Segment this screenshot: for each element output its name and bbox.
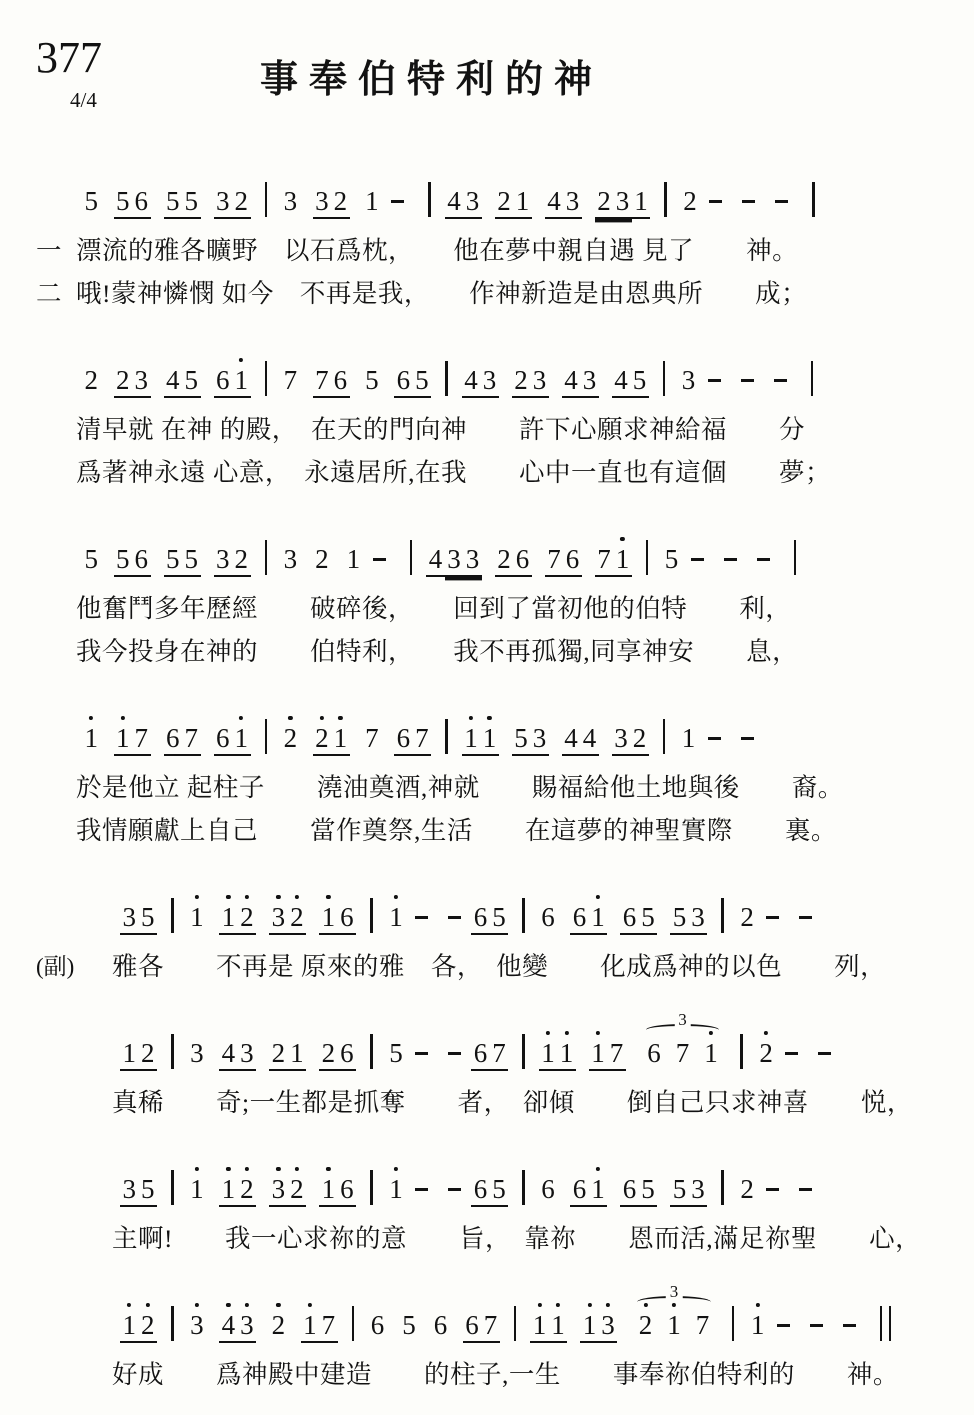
jianpu-note: 5 [114, 186, 133, 219]
final-barline [880, 1306, 891, 1341]
jianpu-note: 5 [164, 544, 183, 577]
jianpu-note: 7 [182, 723, 201, 756]
octave-dot [239, 716, 243, 720]
verse-marker [36, 408, 76, 451]
barline [370, 1034, 373, 1069]
octave-dot [226, 1303, 230, 1307]
jianpu-note: 7 [490, 1038, 509, 1071]
jianpu-note: 3 [563, 186, 582, 219]
jianpu-note: 3 [269, 1174, 288, 1207]
jianpu-note: 5 [139, 902, 158, 935]
jianpu-note: 2 [630, 723, 649, 756]
jianpu-note: 6 [214, 365, 233, 398]
jianpu-note: 5 [490, 1174, 509, 1207]
lyric-line: 真稀 奇;一生都是抓奪 者， 卻傾 倒自己只求神喜 悦， [36, 1081, 948, 1124]
jianpu-note: 1 [319, 1174, 338, 1207]
jianpu-note: 3 [214, 186, 233, 219]
duration-dash [799, 1188, 812, 1191]
octave-dot [546, 1031, 550, 1035]
jianpu-note: 1 [613, 544, 632, 577]
duration-dash [391, 200, 404, 203]
barline [171, 1306, 174, 1341]
jianpu-note: 6 [570, 1174, 589, 1207]
lyric-line: 爲著神永遠 心意， 永遠居所,在我 心中一直也有這個 夢； [36, 451, 948, 494]
jianpu-note: 5 [182, 186, 201, 219]
jianpu-note: 5 [662, 544, 681, 575]
barline [171, 1034, 174, 1069]
jianpu-note: 1 [589, 1038, 608, 1071]
jianpu-note: 6 [563, 544, 582, 577]
duration-dash [709, 200, 722, 203]
jianpu-note: 2 [319, 1038, 338, 1071]
octave-dot [195, 1303, 199, 1307]
jianpu-note: 2 [738, 1174, 757, 1205]
octave-dot [276, 895, 280, 899]
jianpu-note: 3 [281, 186, 300, 217]
jianpu-note: 1 [301, 1310, 320, 1343]
jianpu-note: 6 [463, 1310, 482, 1343]
jianpu-note: 5 [512, 723, 531, 756]
jianpu-note: 3 [188, 1310, 207, 1341]
octave-dot [537, 1303, 541, 1307]
jianpu-note: 1 [665, 1310, 684, 1341]
lyric-text: 於是他立 起柱子 澆油奠酒,神就 賜福給他土地與後 裔。 [76, 766, 844, 809]
jianpu-note: 4 [545, 186, 564, 219]
barline [663, 719, 666, 754]
octave-dot [764, 1031, 768, 1035]
jianpu-note: 1 [219, 902, 238, 935]
time-signature: 4/4 [70, 88, 102, 113]
octave-dot [587, 1303, 591, 1307]
jianpu-note: 6 [338, 902, 357, 935]
lyric-line: 二哦!蒙神憐憫 如今 不再是我， 作神新造是由恩典所 成； [36, 272, 948, 315]
jianpu-note: 3 [599, 1310, 618, 1343]
jianpu-note: 1 [188, 1174, 207, 1205]
jianpu-note: 4 [445, 186, 464, 219]
lyric-line: 清早就 在神 的殿， 在天的門向神 許下心願求神給福 分 [36, 408, 948, 451]
jianpu-note: 3 [530, 723, 549, 756]
barline [410, 540, 413, 575]
octave-dot [245, 895, 249, 899]
jianpu-note: 1 [344, 544, 363, 575]
lyric-line: 一漂流的雅各曠野 以石爲枕， 他在夢中親自遇 見了 神。 [36, 229, 948, 272]
duration-dash [708, 737, 721, 740]
barline [740, 1034, 743, 1069]
jianpu-note: 2 [238, 902, 257, 935]
lyric-line: 我今投身在神的 伯特利， 我不再孤獨,同享神安 息， [36, 630, 948, 673]
jianpu-note: 2 [82, 365, 101, 396]
jianpu-note: 2 [238, 1174, 257, 1207]
duration-dash [708, 379, 721, 382]
hymn-title: 事奉伯特利的神 [260, 48, 603, 103]
duration-dash [775, 200, 788, 203]
jianpu-note: 6 [620, 902, 639, 935]
duration-dash [448, 916, 461, 919]
barline [265, 361, 268, 396]
barline [721, 898, 724, 933]
jianpu-note: 4 [164, 365, 183, 398]
music-line: 556553233214321432312 [82, 156, 948, 229]
jianpu-note: 6 [338, 1038, 357, 1071]
jianpu-note: 5 [82, 186, 101, 217]
verse-marker [36, 630, 76, 673]
jianpu-note: 4 [562, 723, 581, 756]
lyric-text: 哦!蒙神憐憫 如今 不再是我， 作神新造是由恩典所 成； [76, 272, 807, 315]
jianpu-note: 6 [394, 365, 413, 398]
barline [428, 182, 431, 217]
jianpu-note: 5 [363, 365, 382, 396]
octave-dot [596, 1167, 600, 1171]
octave-dot [338, 716, 342, 720]
jianpu-note: 5 [670, 902, 689, 935]
number-block: 377 4/4 [36, 34, 102, 113]
duration-dash [691, 558, 704, 561]
lyric-text: 雅各 不再是 原來的雅 各， 他變 化成爲神的以色 列， [112, 945, 886, 988]
jianpu-note: 5 [490, 902, 509, 935]
octave-dot [596, 1031, 600, 1035]
barline [445, 719, 448, 754]
jianpu-note: 7 [607, 1038, 626, 1071]
jianpu-note: 6 [368, 1310, 387, 1341]
jianpu-note: 2 [595, 186, 614, 219]
jianpu-note: 3 [613, 186, 632, 219]
jianpu-note: 2 [269, 1310, 288, 1341]
jianpu-note: 2 [269, 1038, 288, 1071]
barline [812, 182, 815, 217]
music-line: 2234561776565432343453 [82, 335, 948, 408]
barline [721, 1170, 724, 1205]
octave-dot [121, 716, 125, 720]
duration-dash [766, 916, 779, 919]
score-system: 2234561776565432343453清早就 在神 的殿， 在天的門向神 … [36, 335, 948, 494]
lyric-text: 好成 爲神殿中建造 的柱子,一生 事奉祢伯特利的 神。 [112, 1353, 899, 1396]
duration-dash [724, 558, 737, 561]
score-system: 123432126567111736712真稀 奇;一生都是抓奪 者， 卻傾 倒… [36, 1008, 948, 1124]
jianpu-note: 6 [214, 723, 233, 756]
barline [663, 361, 666, 396]
octave-dot [326, 1167, 330, 1171]
jianpu-note: 5 [82, 544, 101, 575]
barline [352, 1306, 355, 1341]
jianpu-note: 2 [232, 544, 251, 577]
octave-dot [606, 1303, 610, 1307]
barline [732, 1306, 735, 1341]
octave-dot [276, 1167, 280, 1171]
jianpu-note: 7 [481, 1310, 500, 1343]
jianpu-note: 1 [232, 723, 251, 756]
jianpu-note: 6 [338, 1174, 357, 1207]
verse-marker: 二 [36, 272, 76, 315]
jianpu-note: 2 [114, 365, 133, 398]
jianpu-note: 3 [313, 186, 332, 219]
jianpu-note: 1 [480, 723, 499, 756]
refrain-marker: (副) [36, 945, 112, 988]
octave-dot [89, 716, 93, 720]
jianpu-note: 2 [281, 723, 300, 754]
music-line: 1176761221767115344321 [82, 693, 948, 766]
octave-dot [245, 1303, 249, 1307]
lyric-text: 主啊! 我一心求祢的意 旨， 靠祢 恩而活,滿足祢聖 心， [112, 1217, 921, 1260]
jianpu-note: 2 [681, 186, 700, 217]
jianpu-note: 1 [387, 1174, 406, 1205]
verse-marker [36, 451, 76, 494]
barline [370, 1170, 373, 1205]
jianpu-note: 5 [139, 1174, 158, 1207]
jianpu-note: 5 [114, 544, 133, 577]
jianpu-note: 4 [612, 365, 631, 398]
barline [171, 1170, 174, 1205]
octave-dot [320, 716, 324, 720]
refrain-marker [36, 1353, 112, 1396]
barline [265, 719, 268, 754]
octave-dot [239, 358, 243, 362]
jianpu-note: 5 [182, 365, 201, 398]
verse-marker: 一 [36, 229, 76, 272]
jianpu-note: 6 [513, 544, 532, 577]
triplet-bracket: 3671 [639, 1038, 727, 1073]
jianpu-note: 1 [120, 1038, 139, 1071]
duration-dash [415, 1052, 428, 1055]
duration-dash [448, 1052, 461, 1055]
jianpu-note: 2 [313, 723, 332, 756]
jianpu-note: 3 [120, 902, 139, 935]
triplet-number: 3 [666, 1283, 683, 1300]
jianpu-note: 2 [495, 186, 514, 219]
jianpu-note: 6 [539, 1174, 558, 1205]
duration-dash [766, 1188, 779, 1191]
octave-dot [295, 895, 299, 899]
jianpu-note: 3 [689, 1174, 708, 1207]
lyric-text: 漂流的雅各曠野 以石爲枕， 他在夢中親自遇 見了 神。 [76, 229, 798, 272]
hymn-number: 377 [36, 34, 102, 82]
jianpu-note: 2 [288, 1174, 307, 1207]
music-line: 123432126567111736712 [120, 1008, 948, 1081]
lyric-text: 他奮鬥多年歷經 破碎後， 回到了當初他的伯特 利， [76, 587, 791, 630]
octave-dot [326, 895, 330, 899]
octave-dot [394, 1167, 398, 1171]
triplet-number: 3 [674, 1011, 691, 1028]
lyric-text: 我情願獻上自己 當作奠祭,生活 在這夢的神聖實際 裏。 [76, 809, 837, 852]
jianpu-note: 6 [132, 186, 151, 219]
jianpu-note: 4 [580, 723, 599, 756]
jianpu-note: 4 [426, 544, 445, 577]
triplet-bracket: 3217 [630, 1310, 718, 1345]
jianpu-note: 7 [595, 544, 614, 577]
octave-dot [226, 1167, 230, 1171]
octave-dot [245, 1167, 249, 1171]
barline [664, 182, 667, 217]
jianpu-note: 6 [471, 1174, 490, 1207]
jianpu-note: 3 [188, 1038, 207, 1069]
jianpu-note: 3 [120, 1174, 139, 1207]
jianpu-note: 3 [689, 902, 708, 935]
jianpu-note: 1 [387, 902, 406, 933]
octave-dot [146, 1303, 150, 1307]
jianpu-note: 2 [232, 186, 251, 219]
barline [171, 898, 174, 933]
jianpu-note: 6 [331, 365, 350, 398]
jianpu-note: 7 [319, 1310, 338, 1343]
barline [514, 1306, 517, 1341]
lyric-line: 他奮鬥多年歷經 破碎後， 回到了當初他的伯特 利， [36, 587, 948, 630]
jianpu-note: 2 [139, 1038, 158, 1071]
jianpu-note: 3 [463, 186, 482, 219]
octave-dot [620, 537, 624, 541]
hymn-sheet: 377 4/4 事奉伯特利的神 556553233214321432312一漂流… [0, 0, 974, 1396]
jianpu-note: 5 [630, 365, 649, 398]
jianpu-note: 1 [188, 902, 207, 933]
duration-dash [777, 1324, 790, 1327]
lyric-line: 於是他立 起柱子 澆油奠酒,神就 賜福給他土地與後 裔。 [36, 766, 948, 809]
jianpu-note: 6 [132, 544, 151, 577]
refrain-marker [36, 1081, 112, 1124]
jianpu-note: 3 [132, 365, 151, 398]
jianpu-note: 5 [387, 1038, 406, 1069]
jianpu-note: 1 [120, 1310, 139, 1343]
duration-dash [785, 1052, 798, 1055]
jianpu-note: 1 [219, 1174, 238, 1207]
jianpu-note: 1 [513, 186, 532, 219]
jianpu-note: 6 [570, 902, 589, 935]
barline [811, 361, 814, 396]
barline [445, 361, 448, 396]
jianpu-note: 1 [232, 365, 251, 398]
jianpu-note: 1 [319, 902, 338, 935]
jianpu-note: 6 [394, 723, 413, 756]
jianpu-note: 2 [757, 1038, 776, 1069]
verse-marker [36, 809, 76, 852]
octave-dot [276, 1303, 280, 1307]
jianpu-note: 1 [632, 186, 651, 219]
octave-dot [226, 895, 230, 899]
jianpu-note: 2 [313, 544, 332, 575]
music-line: 35112321616566165532 [120, 872, 948, 945]
octave-dot [469, 716, 473, 720]
duration-dash [818, 1052, 831, 1055]
jianpu-note: 5 [639, 1174, 658, 1207]
jianpu-note: 6 [620, 1174, 639, 1207]
barline [794, 540, 797, 575]
octave-dot [596, 895, 600, 899]
jianpu-note: 2 [288, 902, 307, 935]
jianpu-note: 2 [512, 365, 531, 398]
jianpu-note: 6 [645, 1038, 664, 1069]
jianpu-note: 1 [82, 723, 101, 754]
score-system: 35112321616566165532主啊! 我一心求祢的意 旨， 靠祢 恩而… [36, 1144, 948, 1260]
music-line: 55655323214332676715 [82, 514, 948, 587]
jianpu-note: 3 [238, 1038, 257, 1071]
octave-dot [127, 1303, 131, 1307]
jianpu-note: 5 [670, 1174, 689, 1207]
jianpu-note: 3 [679, 365, 698, 396]
duration-dash [843, 1324, 856, 1327]
jianpu-note: 6 [431, 1310, 450, 1341]
jianpu-note: 3 [580, 365, 599, 398]
jianpu-note: 1 [539, 1038, 558, 1071]
score-system: 556553233214321432312一漂流的雅各曠野 以石爲枕， 他在夢中… [36, 156, 948, 315]
jianpu-note: 4 [219, 1038, 238, 1071]
jianpu-note: 5 [182, 544, 201, 577]
header: 377 4/4 事奉伯特利的神 [36, 34, 948, 156]
jianpu-note: 5 [164, 186, 183, 219]
jianpu-note: 3 [269, 902, 288, 935]
lyric-text: 清早就 在神 的殿， 在天的門向神 許下心願求神給福 分 [76, 408, 805, 451]
music-line: 35112321616566165532 [120, 1144, 948, 1217]
duration-dash [373, 558, 386, 561]
jianpu-note: 3 [530, 365, 549, 398]
octave-dot [195, 895, 199, 899]
jianpu-note: 3 [238, 1310, 257, 1343]
jianpu-note: 3 [214, 544, 233, 577]
octave-dot [556, 1303, 560, 1307]
lyric-text: 真稀 奇;一生都是抓奪 者， 卻傾 倒自己只求神喜 悦， [112, 1081, 913, 1124]
duration-dash [799, 916, 812, 919]
octave-dot [288, 716, 292, 720]
jianpu-note: 1 [331, 723, 350, 756]
octave-dot [308, 1303, 312, 1307]
duration-dash [448, 1188, 461, 1191]
barline [370, 898, 373, 933]
duration-dash [741, 379, 754, 382]
jianpu-note: 1 [589, 902, 608, 935]
jianpu-note: 1 [748, 1310, 767, 1341]
jianpu-note: 5 [639, 902, 658, 935]
jianpu-note: 4 [219, 1310, 238, 1343]
jianpu-note: 1 [530, 1310, 549, 1343]
jianpu-note: 1 [702, 1038, 721, 1069]
jianpu-note: 2 [738, 902, 757, 933]
jianpu-note: 3 [612, 723, 631, 756]
jianpu-note: 2 [636, 1310, 655, 1341]
jianpu-note: 3 [445, 544, 464, 577]
jianpu-note: 7 [132, 723, 151, 756]
duration-dash [415, 916, 428, 919]
barline [265, 182, 268, 217]
verse-marker [36, 766, 76, 809]
jianpu-note: 4 [562, 365, 581, 398]
jianpu-note: 3 [463, 544, 482, 577]
duration-dash [810, 1324, 823, 1327]
jianpu-note: 5 [400, 1310, 419, 1341]
score-system: 55655323214332676715他奮鬥多年歷經 破碎後， 回到了當初他的… [36, 514, 948, 673]
octave-dot [756, 1303, 760, 1307]
duration-dash [741, 737, 754, 740]
lyric-text: 爲著神永遠 心意， 永遠居所,在我 心中一直也有這個 夢； [76, 451, 831, 494]
jianpu-note: 1 [363, 186, 382, 217]
jianpu-note: 2 [139, 1310, 158, 1343]
octave-dot [487, 716, 491, 720]
jianpu-note: 3 [480, 365, 499, 398]
jianpu-note: 1 [549, 1310, 568, 1343]
jianpu-note: 7 [545, 544, 564, 577]
octave-dot [394, 895, 398, 899]
barline [265, 540, 268, 575]
jianpu-note: 5 [413, 365, 432, 398]
jianpu-note: 4 [462, 365, 481, 398]
jianpu-note: 7 [313, 365, 332, 398]
refrain-marker [36, 1217, 112, 1260]
jianpu-note: 7 [693, 1310, 712, 1341]
verse-marker [36, 587, 76, 630]
score-system: 1234321765667111332171好成 爲神殿中建造 的柱子,一生 事… [36, 1280, 948, 1396]
barline [522, 1170, 525, 1205]
jianpu-note: 1 [679, 723, 698, 754]
jianpu-note: 6 [471, 902, 490, 935]
jianpu-note: 2 [495, 544, 514, 577]
music-line: 1234321765667111332171 [120, 1280, 948, 1353]
octave-dot [195, 1167, 199, 1171]
lyric-line: 我情願獻上自己 當作奠祭,生活 在這夢的神聖實際 裏。 [36, 809, 948, 852]
